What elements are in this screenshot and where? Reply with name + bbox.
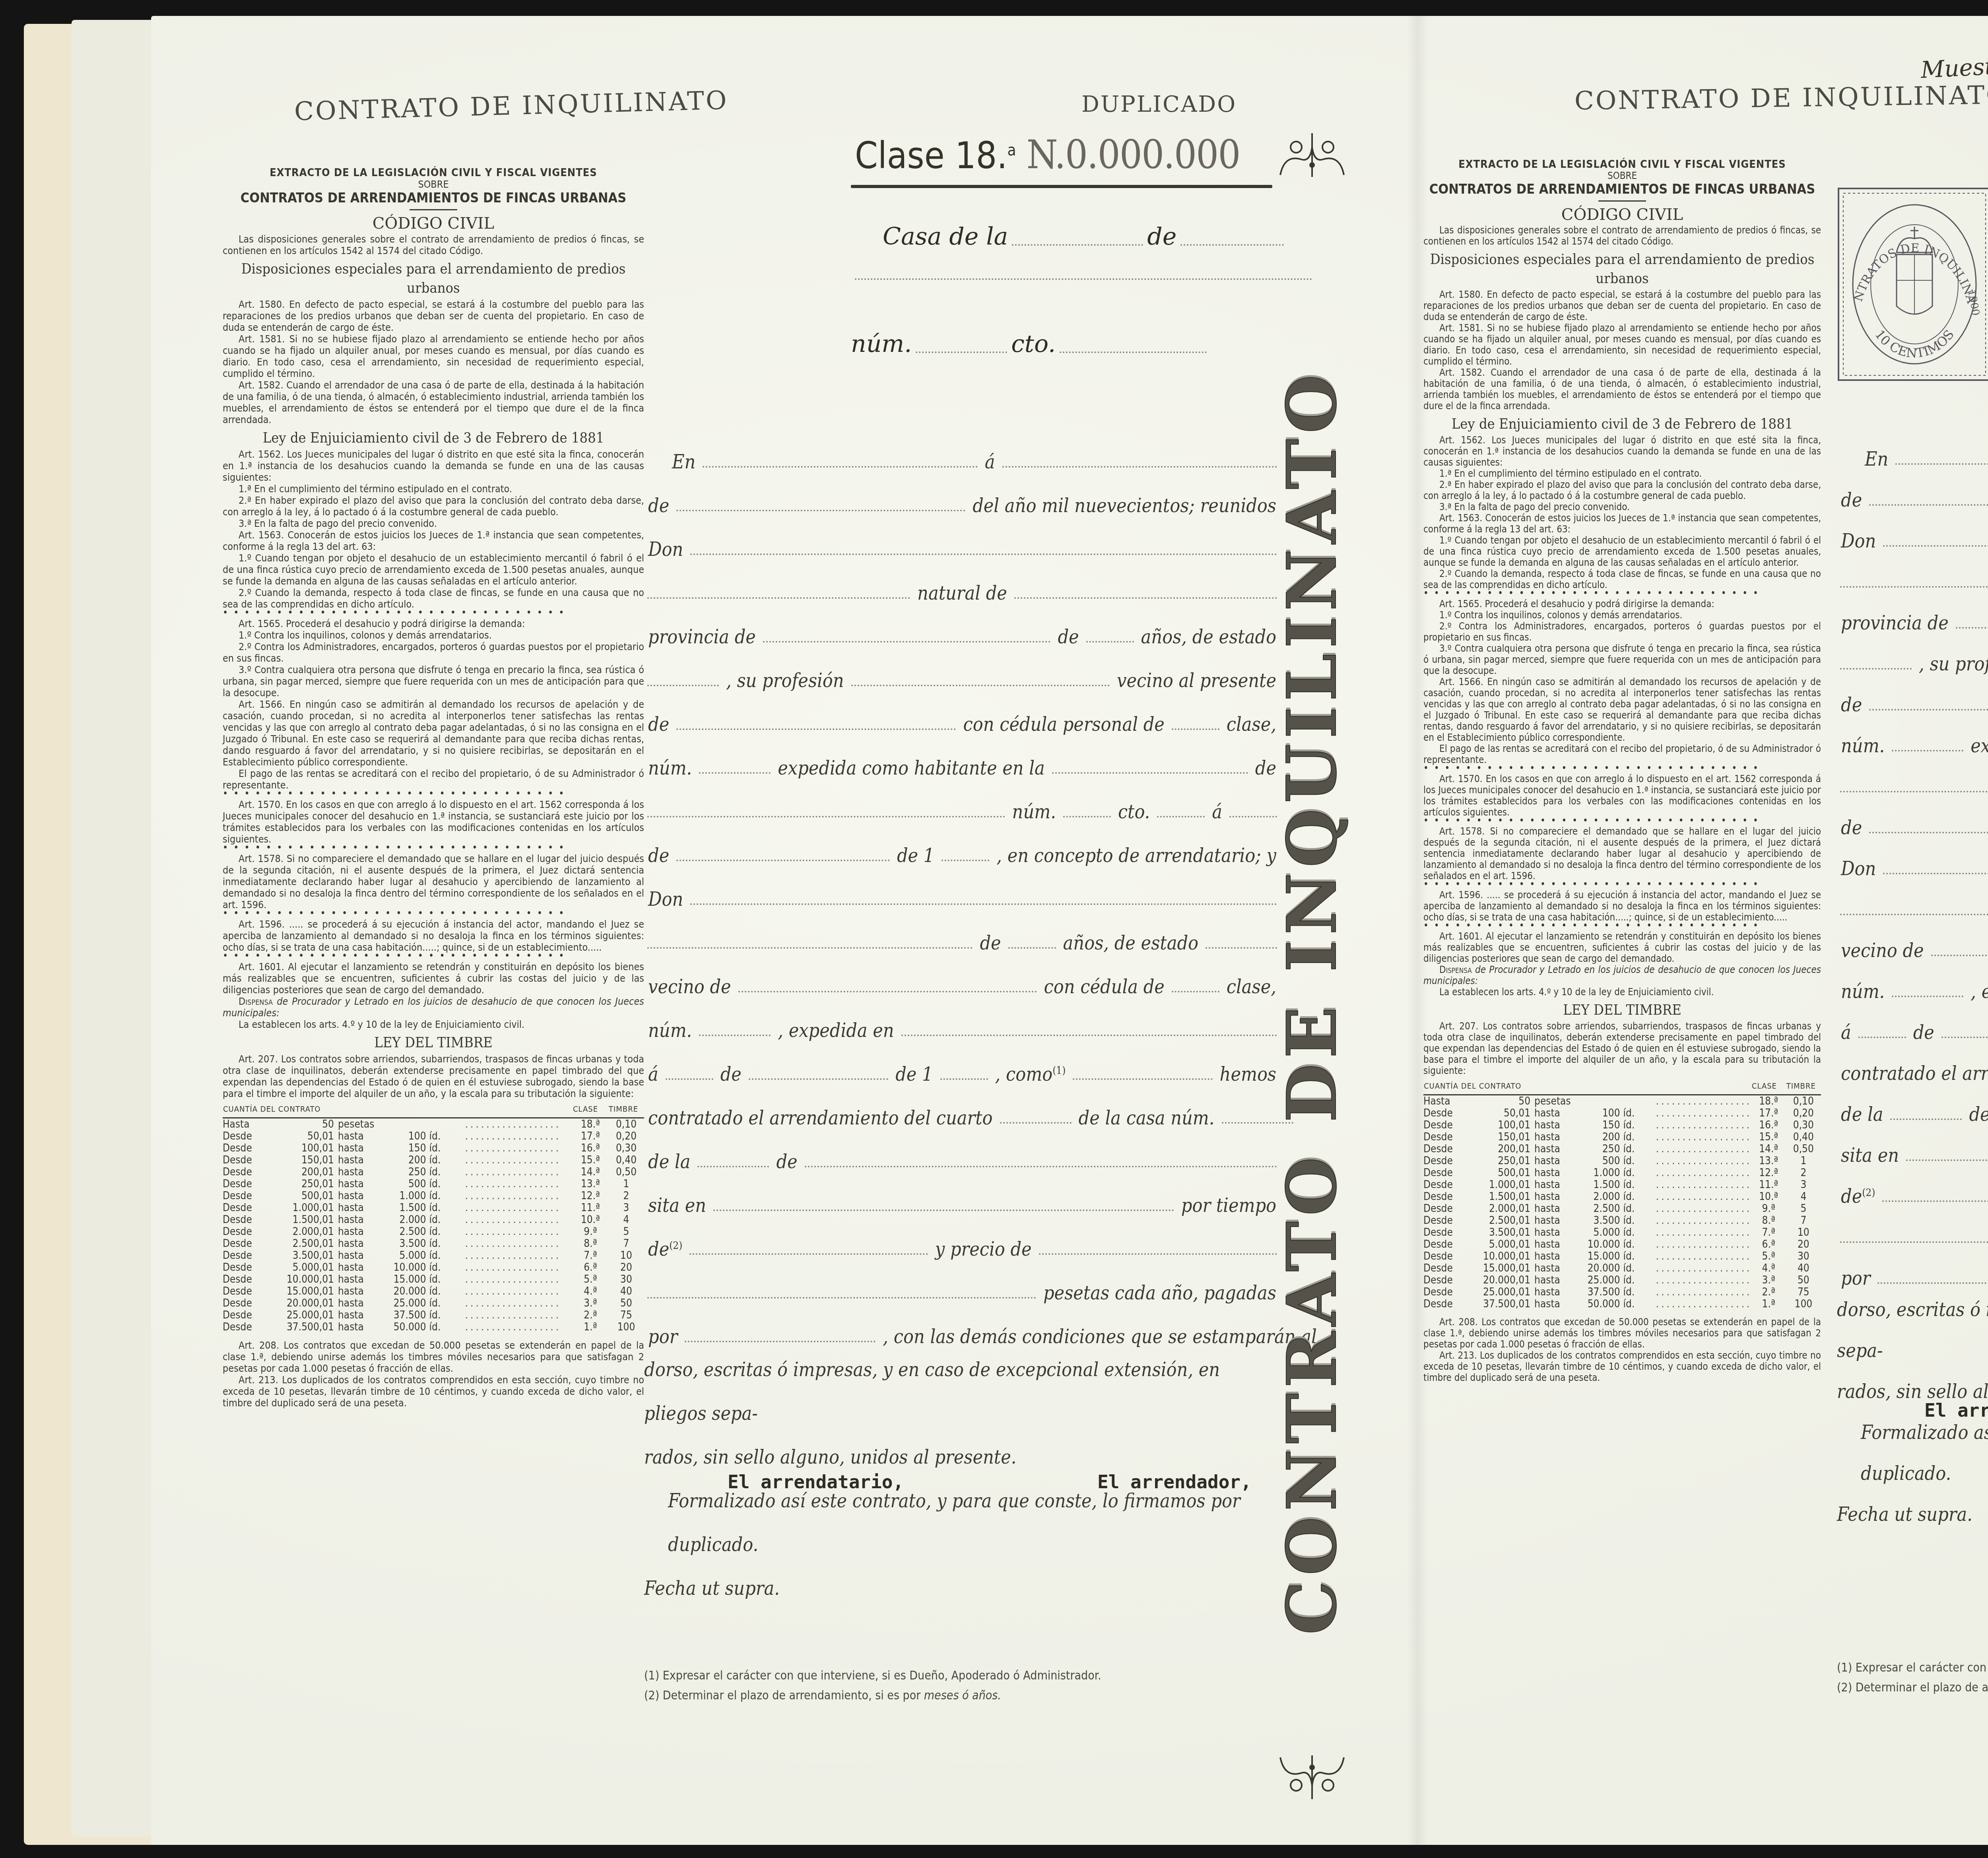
landlord-name-cont-blank[interactable] (1840, 914, 1988, 915)
de-la-blank[interactable] (697, 1166, 769, 1167)
table-row: Desde2.500,01hasta3.500íd...............… (1423, 1215, 1821, 1227)
street-blank[interactable] (647, 816, 1005, 817)
lease-form-right: Ená dedel año mil nuevecientos; reunidos… (1837, 429, 1988, 1535)
table-row: Desde200,01hasta250íd...................… (223, 1166, 644, 1178)
tenant-name-cont-blank[interactable] (647, 597, 910, 599)
cuarto-blank[interactable] (1000, 1122, 1072, 1124)
table-row: Desde15.000,01hasta20.000íd.............… (223, 1285, 644, 1297)
footnotes-right: (1) Expresar el carácter con que intervi… (1837, 1658, 1988, 1698)
provincia-blank[interactable] (1956, 627, 1988, 629)
capacity-blank[interactable] (1073, 1078, 1212, 1080)
landlord-vecino-blank[interactable] (738, 991, 1037, 992)
place-blank[interactable] (1895, 463, 1988, 465)
center-vertical-title: CONTRATO DE INQUILINATO (1272, 369, 1352, 1635)
table-row: Desde50,01hasta100íd...................1… (223, 1130, 644, 1142)
landlord-vecino-blank[interactable] (1931, 955, 1988, 956)
casa-blank[interactable] (1012, 244, 1143, 246)
table-row: Desde500,01hasta1.000íd.................… (1423, 1167, 1821, 1179)
stamp-tax-table: CUANTÍA DEL CONTRATO CLASE TIMBRE Hasta5… (1423, 1079, 1821, 1310)
table-row: Desde37.500,01hasta50.000íd.............… (1423, 1298, 1821, 1310)
landlord-cedula-num-blank[interactable] (1892, 996, 1963, 997)
profesion-blank[interactable] (851, 685, 1110, 686)
table-row: Desde10.000,01hasta15.000íd.............… (1423, 1250, 1821, 1262)
ornament-bottom-icon (1272, 1749, 1352, 1801)
landlord-cedula-blank[interactable] (1172, 991, 1219, 992)
street-blank[interactable] (1840, 791, 1988, 792)
legal-extract-right: EXTRACTO DE LA LEGISLACIÓN CIVIL Y FISCA… (1423, 159, 1821, 1383)
svg-text:1900: 1900 (1965, 289, 1982, 316)
sita-en-blank[interactable] (713, 1210, 1174, 1211)
exp-year-blank[interactable] (942, 860, 989, 861)
term-blank[interactable] (1882, 1200, 1988, 1202)
tenant-name-blank[interactable] (1883, 545, 1988, 547)
divider (1598, 200, 1646, 202)
estado-blank[interactable] (647, 685, 719, 686)
table-row: Desde25.000,01hasta37.500íd.............… (1423, 1286, 1821, 1298)
landlord-name-blank[interactable] (690, 903, 1277, 905)
natural-de-blank[interactable] (1014, 597, 1277, 599)
casa-second-line (851, 278, 1316, 285)
casa-de-blank[interactable] (1180, 244, 1284, 246)
vecino-blank[interactable] (1869, 709, 1988, 711)
exp-day-blank[interactable] (1229, 816, 1277, 817)
landlord-month-blank[interactable] (749, 1078, 888, 1080)
table-row: Desde100,01hasta150íd...................… (1423, 1119, 1821, 1131)
table-row: Desde3.500,01hasta5.000íd...............… (1423, 1227, 1821, 1239)
month-blank[interactable] (676, 510, 965, 511)
ornament-top-icon (1272, 131, 1352, 183)
table-row: Desde200,01hasta250íd...................… (1423, 1143, 1821, 1155)
svg-text:CONTRATOS DE INQUILINATO: CONTRATOS DE INQUILINATO (1837, 187, 1978, 305)
table-row: Desde100,01hasta150íd...................… (223, 1142, 644, 1154)
casa-line-blank[interactable] (855, 278, 1312, 280)
num-blank[interactable] (916, 351, 1007, 353)
landlord-estado-blank[interactable] (1206, 947, 1277, 949)
table-row: Desde1.500,01hasta2.000íd...............… (223, 1214, 644, 1226)
table-row: Desde1.000,01hasta1.500íd...............… (223, 1202, 644, 1214)
table-row: Desde150,01hasta200íd...................… (1423, 1131, 1821, 1143)
table-row: Hasta50pesetas..................18.ª0,10 (223, 1118, 644, 1131)
table-row: Desde10.000,01hasta15.000íd.............… (223, 1274, 644, 1285)
place-blank[interactable] (703, 466, 977, 468)
price-cont-blank[interactable] (647, 1297, 1036, 1299)
landlord-cedula-num-blank[interactable] (699, 1035, 771, 1036)
day-blank[interactable] (1002, 466, 1277, 468)
tenant-name-blank[interactable] (690, 553, 1277, 555)
landlord-name-cont-blank[interactable] (647, 947, 973, 949)
table-row: Desde500,01hasta1.000íd.................… (223, 1190, 644, 1202)
landlord-age-blank[interactable] (1008, 947, 1056, 949)
legal-extract-left: EXTRACTO DE LA LEGISLACIÓN CIVIL Y FISCA… (223, 167, 644, 1409)
table-row: Desde5.000,01hasta10.000íd..............… (1423, 1239, 1821, 1250)
cto-blank[interactable] (1157, 816, 1205, 817)
estado-blank[interactable] (1840, 668, 1912, 670)
cto-blank[interactable] (1060, 351, 1207, 353)
sita-en-blank[interactable] (1906, 1159, 1988, 1161)
payment-blank[interactable] (685, 1341, 876, 1342)
table-row: Desde20.000,01hasta25.000íd.............… (223, 1297, 644, 1309)
de-la-blank[interactable] (1890, 1118, 1962, 1120)
table-row: Desde37.500,01hasta50.000íd.............… (223, 1321, 644, 1333)
cedula-clase-blank[interactable] (1172, 728, 1219, 730)
table-row: Desde250,01hasta500íd...................… (1423, 1155, 1821, 1167)
duplicate-label: DUPLICADO (1081, 91, 1237, 117)
landlord-expedida-blank[interactable] (901, 1035, 1277, 1036)
footnotes-left: (1) Expresar el carácter con que intervi… (644, 1666, 1101, 1706)
month-blank[interactable] (1869, 504, 1988, 506)
vecino-blank[interactable] (676, 728, 956, 730)
table-row: Desde15.000,01hasta20.000íd.............… (1423, 1262, 1821, 1274)
exp-month-blank[interactable] (676, 860, 890, 861)
cedula-num-blank[interactable] (1892, 750, 1963, 751)
tenant-signature-label: El arrendatario, (728, 1471, 904, 1493)
casa-de-la-field: Casa de la de (883, 223, 1288, 250)
cedula-num-blank[interactable] (699, 772, 771, 774)
revenue-stamp-seal-icon: CONTRATOS DE INQUILINATO 10 CENTIMOS 190… (1837, 187, 1988, 382)
table-row: Desde2.500,01hasta3.500íd...............… (223, 1238, 644, 1250)
table-row: Desde1.000,01hasta1.500íd...............… (1423, 1179, 1821, 1191)
landlord-month-blank[interactable] (1941, 1037, 1988, 1038)
stamp-tax-table: CUANTÍA DEL CONTRATO CLASE TIMBRE Hasta5… (223, 1103, 644, 1333)
landlord-day-blank[interactable] (1858, 1037, 1906, 1038)
landlord-signature-label: El arrendador, (1097, 1471, 1252, 1493)
left-clase-number: Clase 18.a N.0.000.000 (855, 131, 1240, 178)
landlord-name-blank[interactable] (1883, 873, 1988, 874)
landlord-year-blank[interactable] (940, 1078, 988, 1080)
table-row: Hasta50pesetas..................18.ª0,10 (1423, 1095, 1821, 1108)
table-row: Desde3.500,01hasta5.000íd...............… (223, 1250, 644, 1262)
street-num-blank[interactable] (1063, 816, 1111, 817)
table-row: Desde2.000,01hasta2.500íd...............… (1423, 1203, 1821, 1215)
age-blank[interactable] (1086, 641, 1134, 643)
serial-number: N.0.000.000 (1027, 131, 1240, 178)
price-cont-blank[interactable] (1840, 1241, 1988, 1243)
table-row: Desde5.000,01hasta10.000íd..............… (223, 1262, 644, 1274)
table-row: Desde250,01hasta500íd...................… (223, 1178, 644, 1190)
price-blank[interactable] (1039, 1253, 1277, 1255)
tenant-name-cont-blank[interactable] (1840, 586, 1988, 588)
payment-blank[interactable] (1877, 1282, 1988, 1284)
landlord-day-blank[interactable] (666, 1078, 713, 1080)
table-row: Desde150,01hasta200íd...................… (223, 1154, 644, 1166)
right-title: CONTRATO DE INQUILINATO (1574, 80, 1988, 116)
table-row: Desde2.000,01hasta2.500íd...............… (223, 1226, 644, 1238)
provincia-blank[interactable] (763, 641, 1050, 643)
habitante-blank[interactable] (1052, 772, 1248, 774)
table-row: Desde20.000,01hasta25.000íd.............… (1423, 1274, 1821, 1286)
de-la-de-blank[interactable] (805, 1166, 1277, 1167)
table-row: Desde1.500,01hasta2.000íd...............… (1423, 1191, 1821, 1203)
tenant-signature-label-right: El arrendatario, (1924, 1400, 1988, 1421)
table-row: Desde50,01hasta100íd...................1… (1423, 1107, 1821, 1119)
divider (410, 209, 457, 210)
term-blank[interactable] (689, 1253, 928, 1255)
lease-form-left: Ená dedel año mil nuevecientos; reunidos… (644, 429, 1280, 1610)
table-row: Desde25.000,01hasta37.500íd.............… (223, 1309, 644, 1321)
num-cto-field: núm. cto. (851, 330, 1211, 358)
exp-month-blank[interactable] (1869, 832, 1988, 833)
clase-underline (851, 185, 1272, 188)
